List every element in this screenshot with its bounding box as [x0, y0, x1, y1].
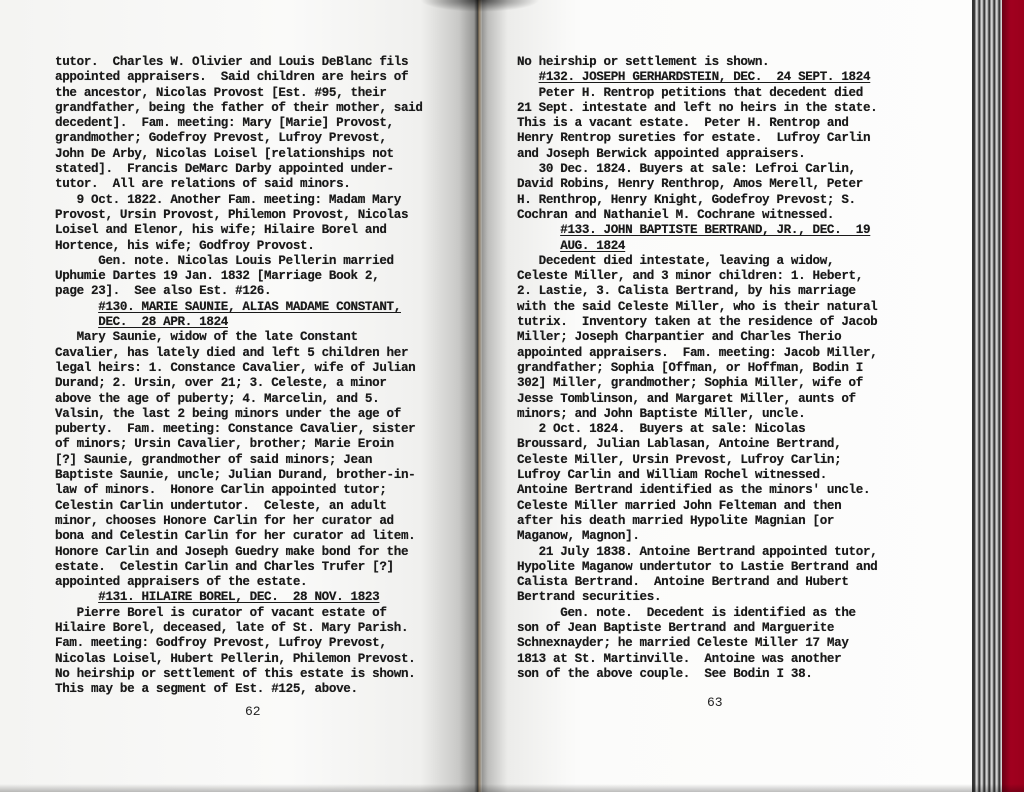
- book-gutter: [474, 0, 482, 792]
- text-line: Gen. note. Decedent is identified as the: [517, 606, 877, 621]
- text-line: Cochran and Nathaniel M. Cochrane witnes…: [517, 208, 877, 223]
- book-spread: tutor. Charles W. Olivier and Louis DeBl…: [0, 0, 1024, 792]
- estate-heading: #133. JOHN BAPTISTE BERTRAND, JR., DEC. …: [517, 223, 877, 238]
- heading-text: #131. HILAIRE BOREL, DEC. 28 NOV. 1823: [98, 590, 379, 604]
- text-line: Decedent died intestate, leaving a widow…: [517, 254, 877, 269]
- text-line: estate. Celestin Carlin and Charles Truf…: [55, 560, 423, 575]
- text-line: Bertrand securities.: [517, 590, 877, 605]
- left-page-text: tutor. Charles W. Olivier and Louis DeBl…: [55, 55, 423, 697]
- text-line: of minors; Ursin Cavalier, brother; Mari…: [55, 437, 423, 452]
- text-line: Schnexnayder; he married Celeste Miller …: [517, 636, 877, 651]
- text-line: son of Jean Baptiste Bertrand and Margue…: [517, 621, 877, 636]
- text-line: Gen. note. Nicolas Louis Pellerin marrie…: [55, 254, 423, 269]
- text-line: Peter H. Rentrop petitions that decedent…: [517, 86, 877, 101]
- text-line: after his death married Hypolite Magnian…: [517, 514, 877, 529]
- text-line: Provost, Ursin Provost, Philemon Provost…: [55, 208, 423, 223]
- heading-text: #133. JOHN BAPTISTE BERTRAND, JR., DEC. …: [560, 223, 870, 237]
- heading-indent: [55, 300, 98, 314]
- text-line: Lufroy Carlin and William Rochel witness…: [517, 468, 877, 483]
- text-line: [?] Saunie, grandmother of said minors; …: [55, 453, 423, 468]
- text-line: law of minors. Honore Carlin appointed t…: [55, 483, 423, 498]
- page-stack-edges: [974, 0, 1002, 792]
- text-line: grandfather; Sophia [Offman, or Hoffman,…: [517, 361, 877, 376]
- text-line: Baptiste Saunie, uncle; Julian Durand, b…: [55, 468, 423, 483]
- text-line: This may be a segment of Est. #125, abov…: [55, 682, 423, 697]
- text-line: puberty. Fam. meeting: Constance Cavalie…: [55, 422, 423, 437]
- text-line: 302] Miller, grandmother; Sophia Miller,…: [517, 376, 877, 391]
- text-line: Honore Carlin and Joseph Guedry make bon…: [55, 545, 423, 560]
- text-line: Cavalier, has lately died and left 5 chi…: [55, 346, 423, 361]
- estate-heading: DEC. 28 APR. 1824: [55, 315, 423, 330]
- text-line: 21 July 1838. Antoine Bertrand appointed…: [517, 545, 877, 560]
- text-line: Jesse Tomblinson, and Margaret Miller, a…: [517, 392, 877, 407]
- text-line: appointed appraisers. Fam. meeting: Jaco…: [517, 346, 877, 361]
- text-line: This is a vacant estate. Peter H. Rentro…: [517, 116, 877, 131]
- text-line: legal heirs: 1. Constance Cavalier, wife…: [55, 361, 423, 376]
- text-line: 1813 at St. Martinville. Antoine was ano…: [517, 652, 877, 667]
- text-line: 9 Oct. 1822. Another Fam. meeting: Madam…: [55, 193, 423, 208]
- text-line: and Joseph Berwick appointed appraisers.: [517, 147, 877, 162]
- text-line: Celeste Miller, and 3 minor children: 1.…: [517, 269, 877, 284]
- estate-heading: #131. HILAIRE BOREL, DEC. 28 NOV. 1823: [55, 590, 423, 605]
- text-line: Hilaire Borel, deceased, late of St. Mar…: [55, 621, 423, 636]
- text-line: No heirship or settlement is shown.: [517, 55, 877, 70]
- text-line: Mary Saunie, widow of the late Constant: [55, 330, 423, 345]
- text-line: 30 Dec. 1824. Buyers at sale: Lefroi Car…: [517, 162, 877, 177]
- heading-indent: [55, 590, 98, 604]
- heading-indent: [517, 239, 560, 253]
- text-line: Fam. meeting: Godfroy Prevost, Lufroy Pr…: [55, 636, 423, 651]
- heading-text: AUG. 1824: [560, 239, 625, 253]
- text-line: Broussard, Julian Lablasan, Antoine Bert…: [517, 437, 877, 452]
- text-line: appointed appraisers. Said children are …: [55, 70, 423, 85]
- text-line: Durand; 2. Ursin, over 21; 3. Celeste, a…: [55, 376, 423, 391]
- text-line: grandmother; Godefroy Prevost, Lufroy Pr…: [55, 131, 423, 146]
- text-line: grandfather, being the father of their m…: [55, 101, 423, 116]
- text-line: tutor. All are relations of said minors.: [55, 177, 423, 192]
- heading-indent: [517, 223, 560, 237]
- text-line: H. Renthrop, Henry Knight, Godefroy Prev…: [517, 193, 877, 208]
- text-line: Pierre Borel is curator of vacant estate…: [55, 606, 423, 621]
- text-line: Uphumie Dartes 19 Jan. 1832 [Marriage Bo…: [55, 269, 423, 284]
- text-line: Celeste Miller, Ursin Prevost, Lufroy Ca…: [517, 453, 877, 468]
- estate-heading: #132. JOSEPH GERHARDSTEIN, DEC. 24 SEPT.…: [517, 70, 877, 85]
- text-line: bona and Celestin Carlin for her curator…: [55, 529, 423, 544]
- text-line: Hypolite Maganow undertutor to Lastie Be…: [517, 560, 877, 575]
- text-line: Celeste Miller married John Felteman and…: [517, 499, 877, 514]
- text-line: 2 Oct. 1824. Buyers at sale: Nicolas: [517, 422, 877, 437]
- text-line: appointed appraisers of the estate.: [55, 575, 423, 590]
- text-line: tutor. Charles W. Olivier and Louis DeBl…: [55, 55, 423, 70]
- text-line: tutrix. Inventory taken at the residence…: [517, 315, 877, 330]
- heading-indent: [517, 70, 539, 84]
- text-line: Nicolas Loisel, Hubert Pellerin, Philemo…: [55, 652, 423, 667]
- gutter-shadow: [420, 0, 540, 12]
- heading-text: #130. MARIE SAUNIE, ALIAS MADAME CONSTAN…: [98, 300, 401, 314]
- book-cover-edge: [1002, 0, 1024, 792]
- text-line: with the said Celeste Miller, who is the…: [517, 300, 877, 315]
- text-line: Celestin Carlin undertutor. Celeste, an …: [55, 499, 423, 514]
- text-line: stated]. Francis DeMarc Darby appointed …: [55, 162, 423, 177]
- text-line: Hortence, his wife; Godfroy Provost.: [55, 239, 423, 254]
- heading-text: DEC. 28 APR. 1824: [98, 315, 228, 329]
- text-line: Calista Bertrand. Antoine Bertrand and H…: [517, 575, 877, 590]
- text-line: above the age of puberty; 4. Marcelin, a…: [55, 392, 423, 407]
- text-line: 21 Sept. intestate and left no heirs in …: [517, 101, 877, 116]
- text-line: minor, chooses Honore Carlin for her cur…: [55, 514, 423, 529]
- text-line: decedent]. Fam. meeting: Mary [Marie] Pr…: [55, 116, 423, 131]
- estate-heading: #130. MARIE SAUNIE, ALIAS MADAME CONSTAN…: [55, 300, 423, 315]
- text-line: Miller; Joseph Charpantier and Charles T…: [517, 330, 877, 345]
- text-line: son of the above couple. See Bodin I 38.: [517, 667, 877, 682]
- text-line: John De Arby, Nicolas Loisel [relationsh…: [55, 147, 423, 162]
- text-line: David Robins, Henry Renthrop, Amos Merel…: [517, 177, 877, 192]
- text-line: the ancestor, Nicolas Provost [Est. #95,…: [55, 86, 423, 101]
- text-line: Loisel and Elenor, his wife; Hilaire Bor…: [55, 223, 423, 238]
- right-page-text: No heirship or settlement is shown. #132…: [517, 55, 877, 682]
- text-line: page 23]. See also Est. #126.: [55, 284, 423, 299]
- bottom-shadow: [0, 784, 1024, 792]
- text-line: No heirship or settlement of this estate…: [55, 667, 423, 682]
- text-line: 2. Lastie, 3. Calista Bertrand, by his m…: [517, 284, 877, 299]
- text-line: Valsin, the last 2 being minors under th…: [55, 407, 423, 422]
- text-line: minors; and John Baptiste Miller, uncle.: [517, 407, 877, 422]
- page-number-left: 62: [245, 704, 261, 719]
- heading-text: #132. JOSEPH GERHARDSTEIN, DEC. 24 SEPT.…: [539, 70, 871, 84]
- heading-indent: [55, 315, 98, 329]
- text-line: Maganow, Magnon].: [517, 529, 877, 544]
- estate-heading: AUG. 1824: [517, 239, 877, 254]
- page-number-right: 63: [707, 695, 723, 710]
- text-line: Henry Rentrop sureties for estate. Lufro…: [517, 131, 877, 146]
- text-line: Antoine Bertrand identified as the minor…: [517, 483, 877, 498]
